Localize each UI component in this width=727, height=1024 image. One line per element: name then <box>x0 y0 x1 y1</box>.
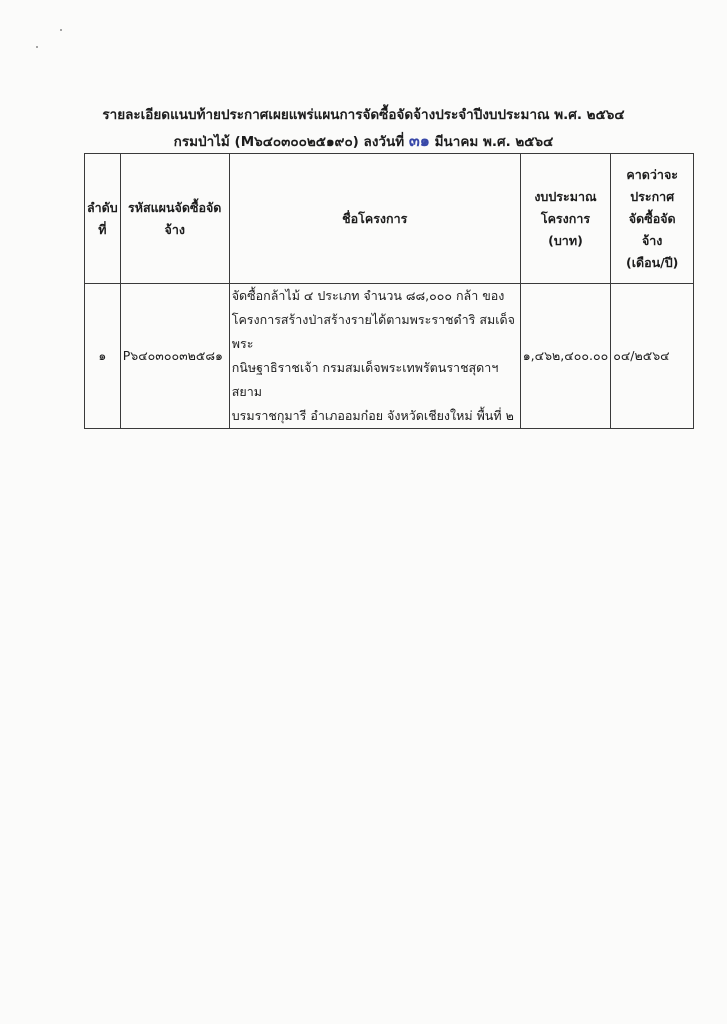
cell-budget: ๑,๔๖๒,๔๐๐.๐๐ <box>520 284 610 429</box>
header-text: คาดว่าจะ <box>613 164 691 186</box>
handwritten-day: ๓๑ <box>409 131 430 150</box>
procurement-table: ลำดับ ที่ รหัสแผนจัดซื้อจัด จ้าง ชื่อโคร… <box>84 153 694 429</box>
table-header-row: ลำดับ ที่ รหัสแผนจัดซื้อจัด จ้าง ชื่อโคร… <box>85 154 694 284</box>
header-seq: ลำดับ ที่ <box>85 154 121 284</box>
header-text: ประกาศ <box>613 186 691 208</box>
header-text: ลำดับ <box>87 197 118 219</box>
project-text: โครงการสร้างป่าสร้างรายได้ตามพระราชดำริ … <box>232 308 518 356</box>
cell-seq: ๑ <box>85 284 121 429</box>
header-project: ชื่อโครงการ <box>229 154 520 284</box>
scan-speck <box>36 46 38 48</box>
subtitle-suffix: มีนาคม พ.ศ. ๒๕๖๔ <box>435 134 554 150</box>
header-expected-date: คาดว่าจะ ประกาศ จัดซื้อจัด จ้าง (เดือน/ป… <box>611 154 694 284</box>
header-text: รหัสแผนจัดซื้อจัด <box>123 197 227 219</box>
header-text: จ้าง <box>123 219 227 241</box>
document-subtitle: กรมป่าไม้ (M๖๔๐๓๐๐๒๕๑๙๐) ลงวันที่ ๓๑ มีน… <box>0 129 727 154</box>
header-text: งบประมาณ <box>523 186 608 208</box>
project-text: จัดซื้อกล้าไม้ ๔ ประเภท จำนวน ๘๘,๐๐๐ กล้… <box>232 284 518 308</box>
header-text: จัดซื้อจัด <box>613 208 691 230</box>
cell-expected-date: ๐๔/๒๕๖๔ <box>611 284 694 429</box>
cell-code: P๖๔๐๓๐๐๓๒๕๘๑ <box>120 284 229 429</box>
header-text: โครงการ <box>523 208 608 230</box>
document-title: รายละเอียดแนบท้ายประกาศเผยแพร่แผนการจัดซ… <box>0 103 727 125</box>
header-code: รหัสแผนจัดซื้อจัด จ้าง <box>120 154 229 284</box>
header-text: จ้าง <box>613 230 691 252</box>
header-text: ที่ <box>87 219 118 241</box>
header-budget: งบประมาณ โครงการ (บาท) <box>520 154 610 284</box>
project-text: กนิษฐาธิราชเจ้า กรมสมเด็จพระเทพรัตนราชสุ… <box>232 356 518 404</box>
scan-speck <box>60 29 62 31</box>
table-row: ๑ P๖๔๐๓๐๐๓๒๕๘๑ จัดซื้อกล้าไม้ ๔ ประเภท จ… <box>85 284 694 429</box>
subtitle-prefix: กรมป่าไม้ (M๖๔๐๓๐๐๒๕๑๙๐) ลงวันที่ <box>174 134 404 150</box>
header-text: (เดือน/ปี) <box>613 252 691 274</box>
cell-project: จัดซื้อกล้าไม้ ๔ ประเภท จำนวน ๘๘,๐๐๐ กล้… <box>229 284 520 429</box>
header-text: (บาท) <box>523 230 608 252</box>
project-text: บรมราชกุมารี อำเภออมก๋อย จังหวัดเชียงใหม… <box>232 404 518 428</box>
